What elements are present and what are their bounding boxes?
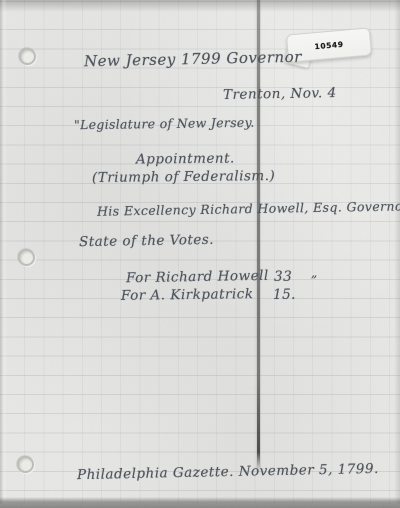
paper-top-edge — [0, 0, 400, 12]
scanned-document-page: 10549 New Jersey 1799 Governor Trenton, … — [0, 0, 400, 508]
hole-punch-top — [19, 48, 36, 65]
governor-announcement: His Excellency Richard Howell, Esq. Gove… — [97, 198, 400, 218]
paper-right-edge — [394, 0, 400, 508]
title-line: New Jersey 1799 Governor — [84, 48, 302, 71]
scan-shading-overlay — [0, 0, 400, 508]
paper-noise-texture — [0, 0, 400, 508]
hole-punch-bottom — [17, 456, 34, 473]
dateline: Trenton, Nov. 4 — [223, 85, 337, 103]
paper-left-edge — [0, 0, 7, 508]
vertical-fold-line — [257, 0, 260, 471]
paper-bottom-edge — [0, 497, 400, 508]
votes-header: State of the Votes. — [79, 232, 214, 250]
vote-row-candidate: For Richard Howell — [126, 268, 269, 286]
catalog-number: 10549 — [314, 39, 344, 51]
vote-row-candidate: For A. Kirkpatrick — [121, 286, 254, 304]
appointment-subheading: Appointment. — [136, 150, 235, 167]
vote-row-count: 15. — [273, 287, 296, 303]
source-citation: Philadelphia Gazette. November 5, 1799. — [77, 461, 379, 483]
vote-row-count: 33 — [274, 269, 292, 285]
legislature-heading: "Legislature of New Jersey. — [74, 115, 255, 133]
parenthetical-note: (Triumph of Federalism.) — [92, 168, 275, 186]
vote-row-ditto-mark: „ — [311, 266, 318, 280]
hole-punch-middle — [18, 249, 35, 266]
